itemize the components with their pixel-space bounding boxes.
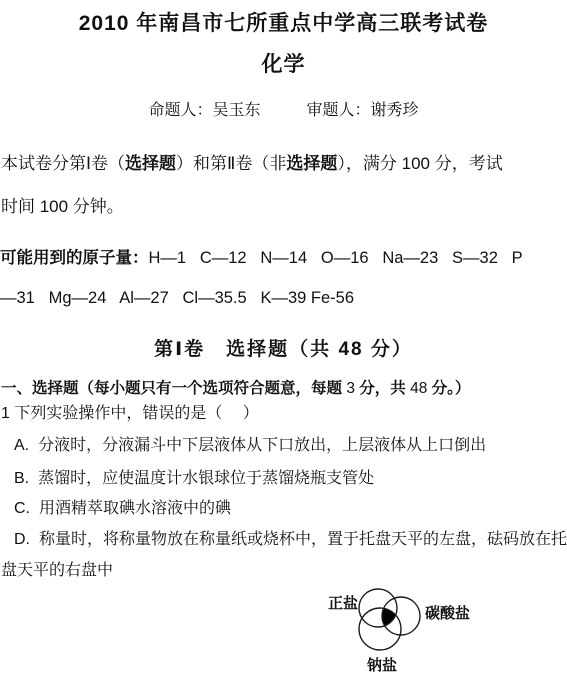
intro-seg: ）和第Ⅱ卷（非 xyxy=(176,154,286,173)
instr-seg-bold: 一、选择题 xyxy=(1,380,79,397)
option-b-label: B. xyxy=(14,470,29,487)
venn-label-zhengyan: 正盐 xyxy=(328,594,358,612)
option-a-label: A. xyxy=(14,437,29,454)
instr-seg: 48 xyxy=(410,380,427,397)
venn-diagram: 正盐 碳酸盐 钠盐 xyxy=(300,583,480,678)
option-b-text: 蒸馏时，应使温度计水银球位于蒸馏烧瓶支管处 xyxy=(38,470,374,487)
option-d-label: D. xyxy=(14,531,30,548)
question1-option-c: C.用酒精萃取碘水溶液中的碘 xyxy=(14,499,567,519)
instr-seg-bold: 分。） xyxy=(427,380,470,397)
question1-option-d-wrap: 盘天平的右盘中 xyxy=(1,561,567,581)
venn-label-tansuanyan: 碳酸盐 xyxy=(425,604,470,622)
option-c-label: C. xyxy=(14,500,30,517)
atomic-masses-line1: 可能用到的原子量：H—1 C—12 N—14 O—16 Na—23 S—32 P xyxy=(0,248,567,269)
question1-option-d: D.称量时，将称量物放在称量纸或烧杯中，置于托盘天平的左盘，砝码放在托 xyxy=(14,530,567,550)
option-a-text: 分液时，分液漏斗中下层液体从下口放出，上层液体从上口倒出 xyxy=(38,437,486,454)
instr-seg-bold: （每小题只有一个选项符合题意，每题 xyxy=(79,380,347,397)
intro-paragraph-line2: 时间 100 分钟。 xyxy=(1,196,567,217)
reviewer-name: 审题人：谢秀珍 xyxy=(307,102,419,119)
venn-circle-nayan xyxy=(359,608,401,650)
intro-seg-bold: 选择题 xyxy=(125,154,176,173)
section1-heading: 第Ⅰ卷 选择题（共 48 分） xyxy=(0,338,567,362)
paper-title: 2010 年南昌市七所重点中学高三联考试卷 xyxy=(0,11,567,37)
instr-seg-bold: 分，共 xyxy=(355,380,410,397)
question1-option-b: B.蒸馏时，应使温度计水银球位于蒸馏烧瓶支管处 xyxy=(14,469,567,489)
atomic-masses-label: 可能用到的原子量： xyxy=(0,249,149,267)
instr-seg: 3 xyxy=(346,380,355,397)
option-d-text: 称量时，将称量物放在称量纸或烧杯中，置于托盘天平的左盘，砝码放在托 xyxy=(39,531,567,548)
intro-seg: 本试卷分第Ⅰ卷（ xyxy=(1,154,125,173)
setter-name: 命题人：吴玉东 xyxy=(148,102,260,119)
paper-subject: 化学 xyxy=(0,52,567,78)
atomic-masses-values1: H—1 C—12 N—14 O—16 Na—23 S—32 P xyxy=(149,249,523,267)
authors-line: 命题人：吴玉东审题人：谢秀珍 xyxy=(0,101,567,121)
venn-label-nayan: 钠盐 xyxy=(367,656,397,674)
question1-option-a: A.分液时，分液漏斗中下层液体从下口放出，上层液体从上口倒出 xyxy=(14,436,567,456)
atomic-masses-line2: —31 Mg—24 Al—27 Cl—35.5 K—39 Fe-56 xyxy=(0,288,567,309)
option-c-text: 用酒精萃取碘水溶液中的碘 xyxy=(39,500,231,517)
section1-instructions: 一、选择题（每小题只有一个选项符合题意，每题 3 分，共 48 分。） xyxy=(1,379,567,398)
exam-paper-page: 2010 年南昌市七所重点中学高三联考试卷 化学 命题人：吴玉东审题人：谢秀珍 … xyxy=(0,0,567,682)
intro-seg-bold: 选择题 xyxy=(286,154,337,173)
question1-stem: 1 下列实验操作中，错误的是（ ） xyxy=(1,404,567,424)
intro-seg: ），满分 100 分，考试 xyxy=(337,154,502,173)
intro-paragraph-line1: 本试卷分第Ⅰ卷（选择题）和第Ⅱ卷（非选择题），满分 100 分，考试 xyxy=(1,153,567,174)
